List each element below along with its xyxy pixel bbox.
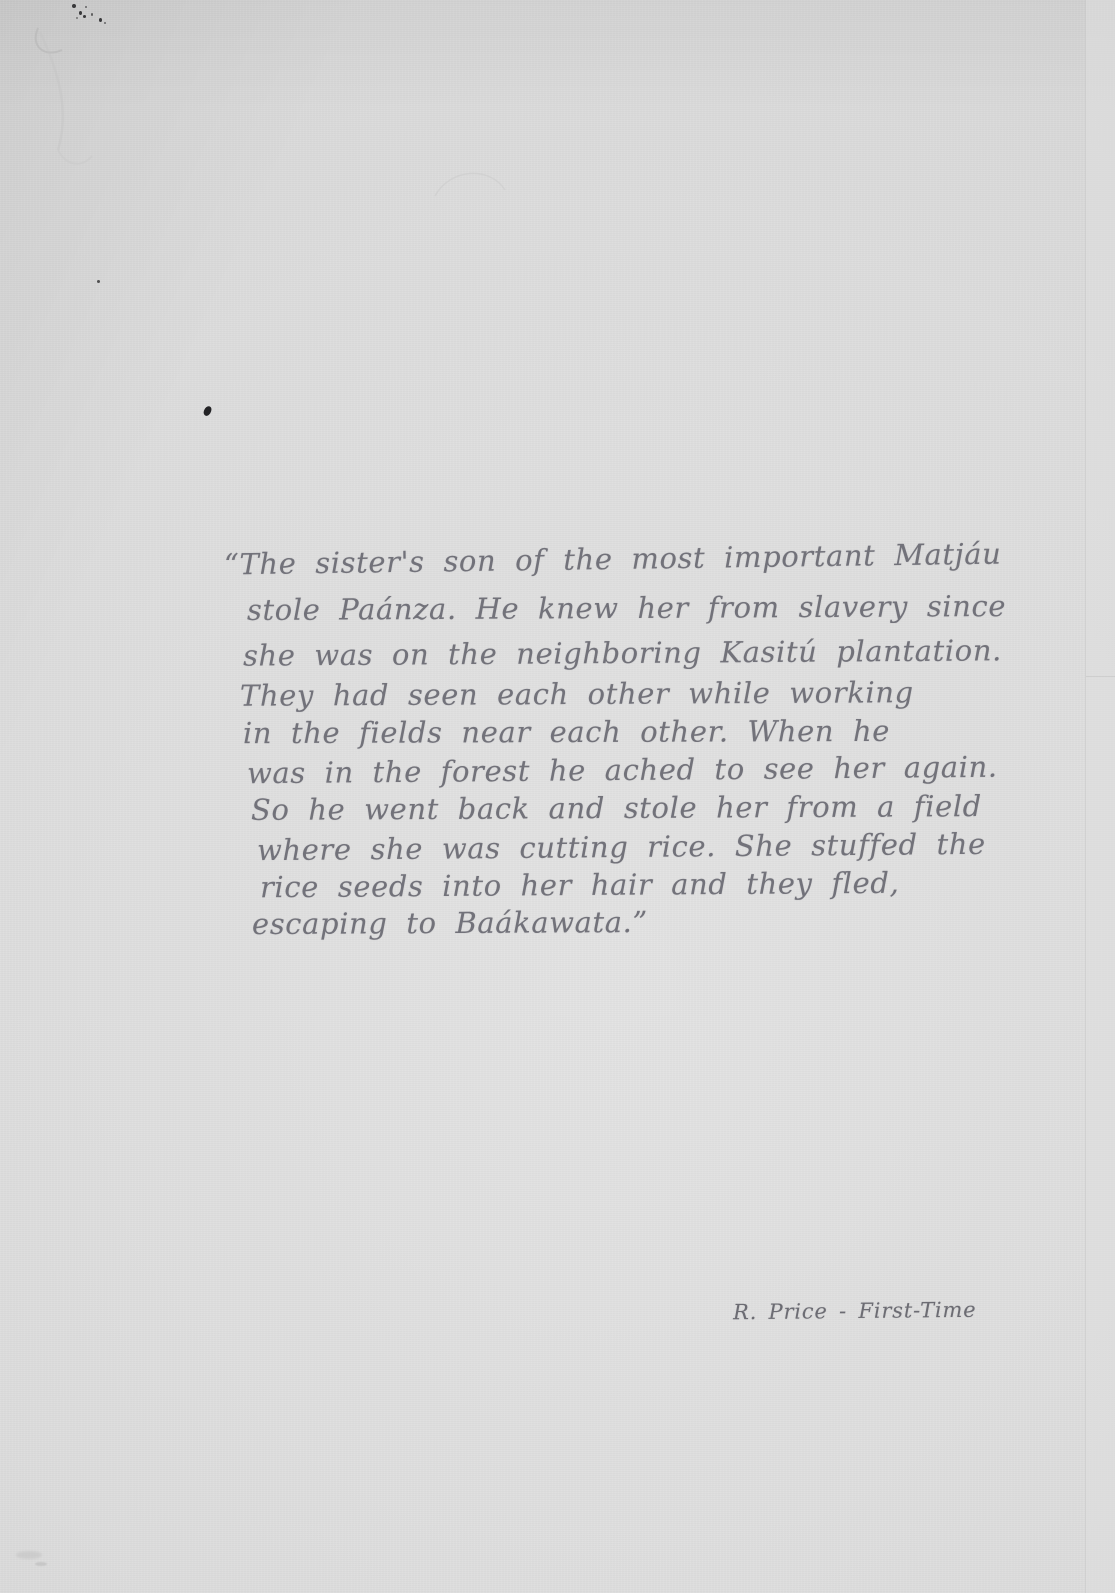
- dust-speck: [76, 17, 78, 19]
- dust-speck: [91, 13, 93, 16]
- quote-line: she was on the neighboring Kasitú planta…: [243, 631, 1002, 674]
- paper-edge-hairline: [1086, 676, 1115, 677]
- dust-speck: [83, 15, 86, 18]
- quote-line: stole Paánza. He knew her from slavery s…: [247, 587, 1006, 629]
- quote-line: in the fields near each other. When he: [243, 712, 890, 752]
- handwritten-page-photo: “The sister's son of the most important …: [0, 0, 1115, 1593]
- attribution: R. Price - First-Time: [733, 1298, 977, 1325]
- quote-line: They had seen each other while working: [240, 673, 914, 715]
- paper-smudge: [35, 1562, 47, 1566]
- dust-dot: [97, 280, 100, 283]
- quote-line: So he went back and stole her from a fie…: [251, 787, 982, 829]
- quote-line: where she was cutting rice. She stuffed …: [257, 825, 986, 869]
- dust-speck: [99, 18, 102, 22]
- ink-blot: [203, 405, 213, 417]
- quote-line: was in the forest he ached to see her ag…: [247, 748, 998, 793]
- paper-edge: [1085, 0, 1115, 1593]
- quote-line: escaping to Baákawata.”: [252, 903, 648, 943]
- quote-line: “The sister's son of the most important …: [224, 535, 1002, 584]
- smudge-marks: [0, 0, 560, 220]
- paper-smudge: [16, 1551, 42, 1559]
- quote-line: rice seeds into her hair and they fled,: [260, 864, 900, 906]
- dust-speck: [72, 4, 76, 8]
- dust-speck: [79, 11, 82, 15]
- dust-speck: [104, 22, 106, 24]
- dust-speck: [85, 6, 87, 8]
